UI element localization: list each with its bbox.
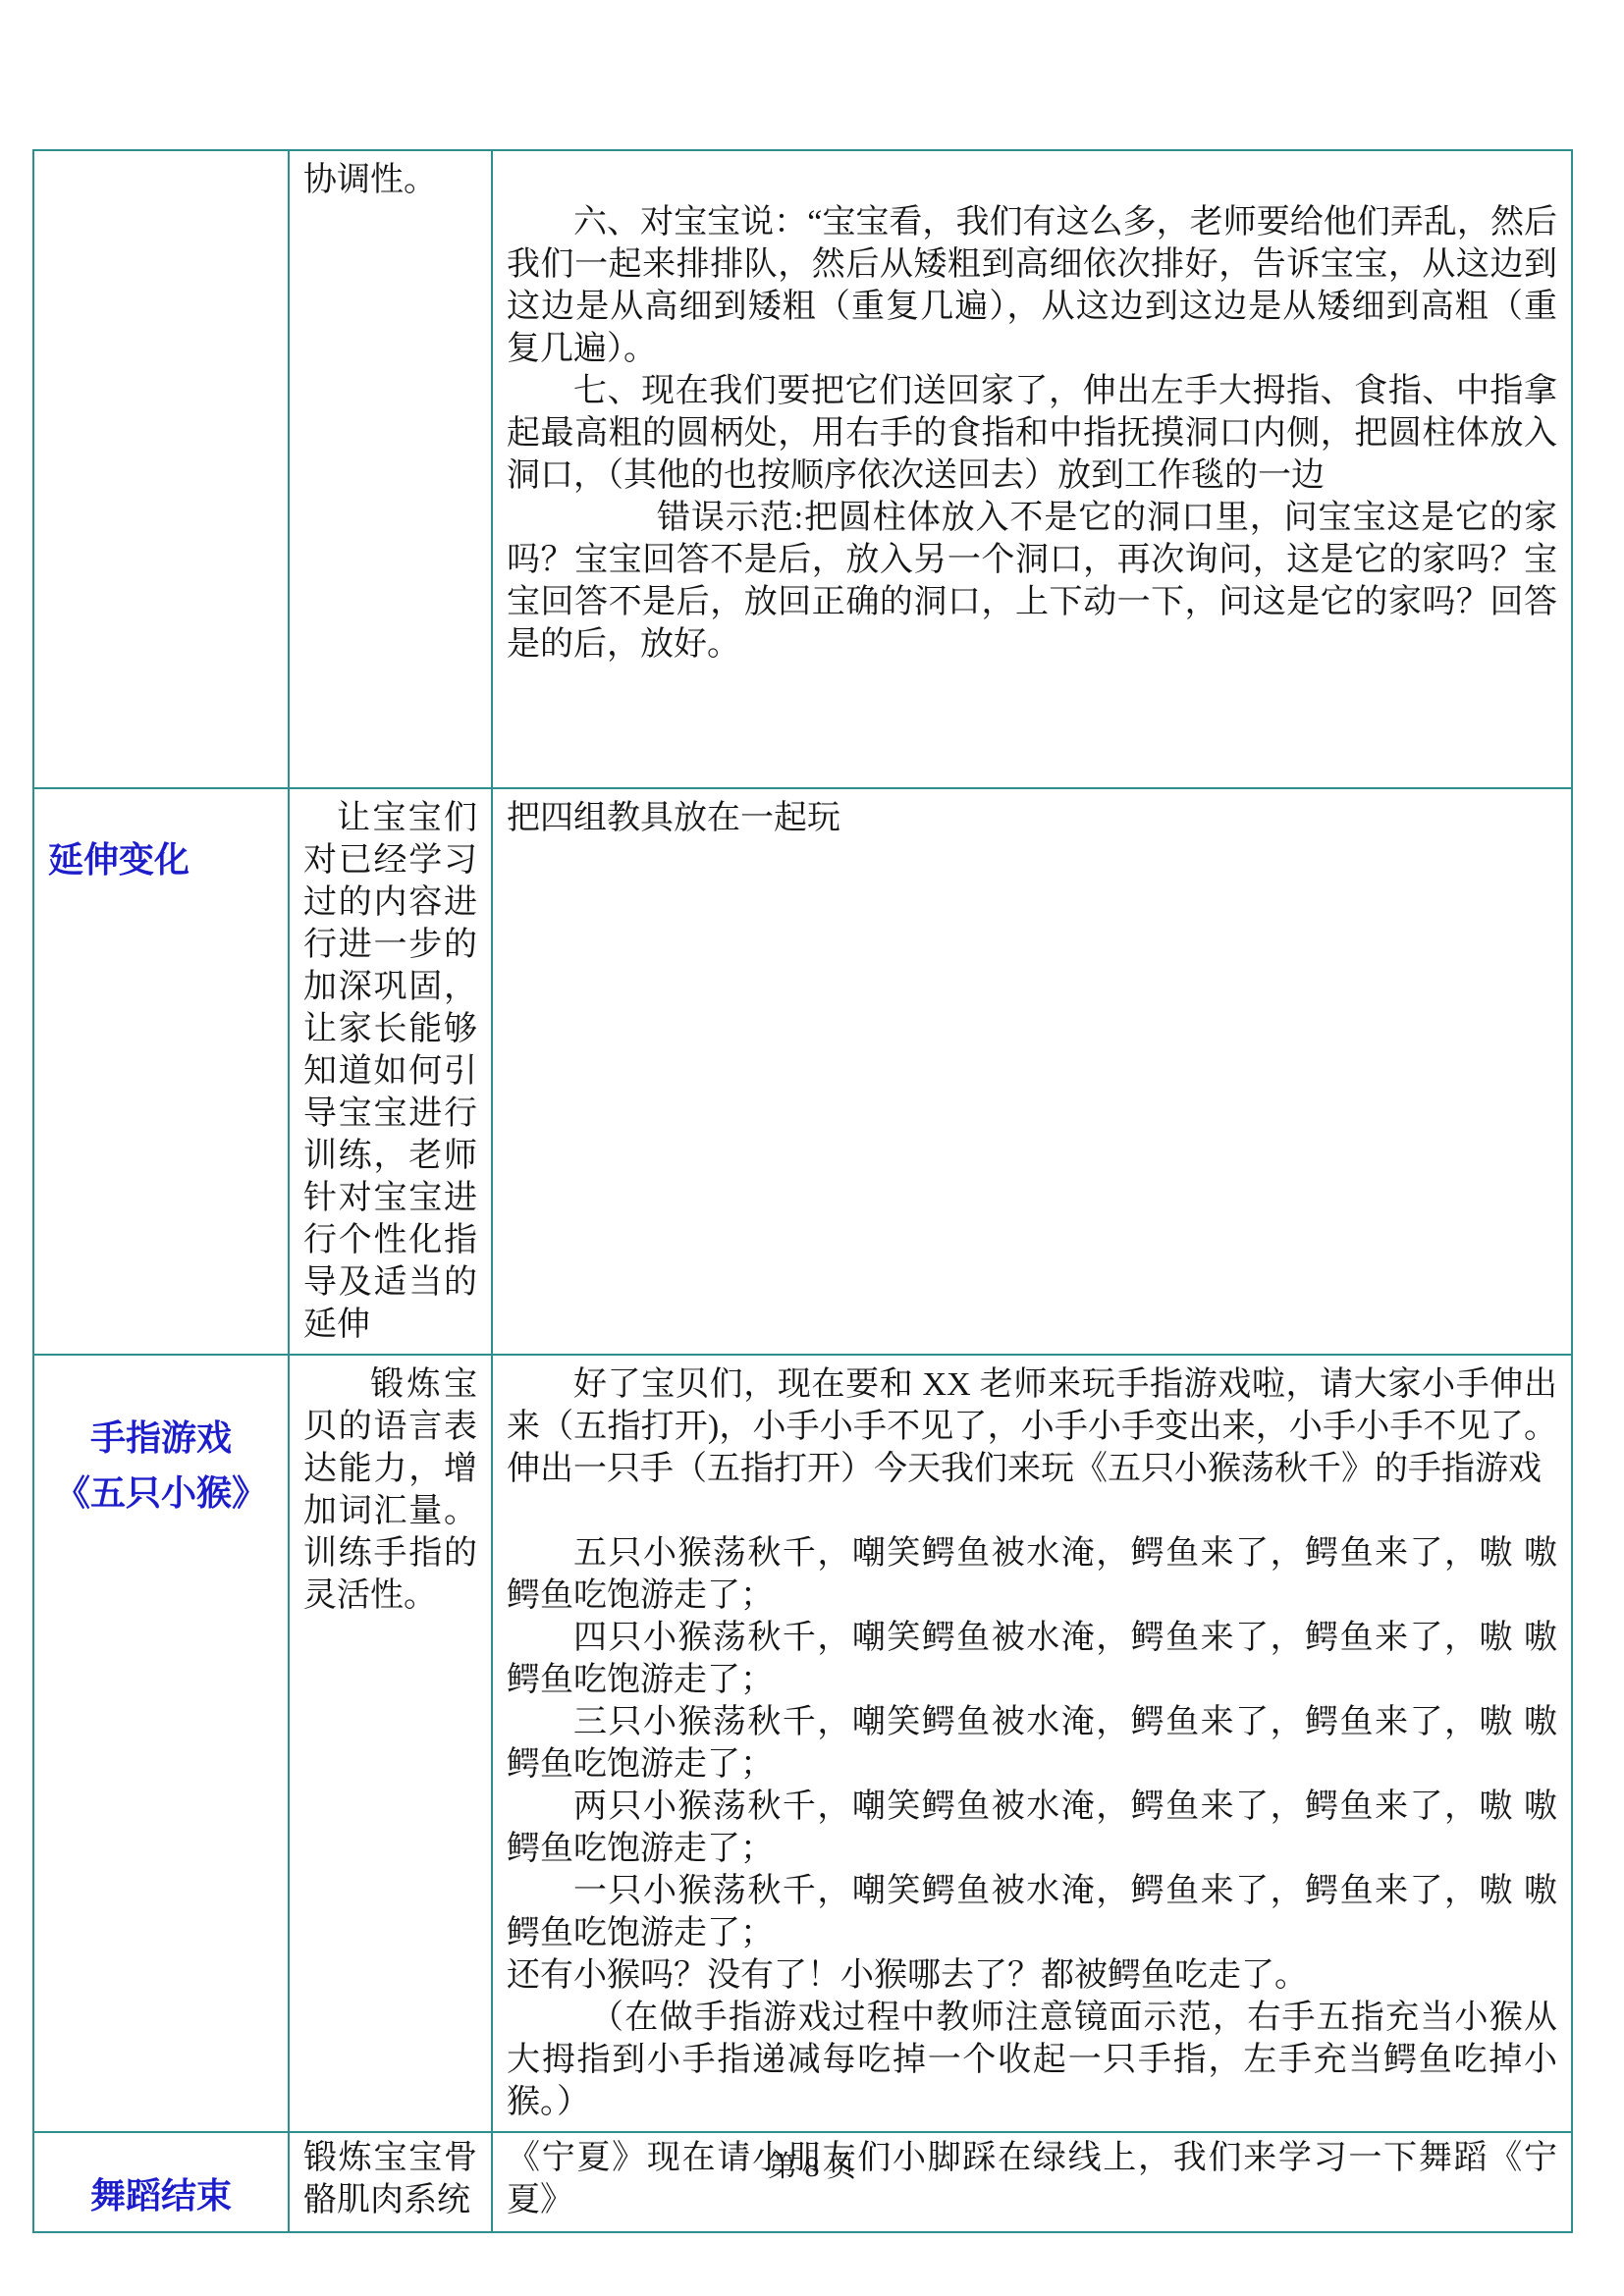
table-row-extension: 延伸变化 让宝宝们对已经学习过的内容进行进一步的加深巩固，让家长能够知道如何引导… — [33, 788, 1572, 1355]
content-paragraph: 还有小猴吗？没有了！小猴哪去了？都被鳄鱼吃走了。 — [507, 1954, 1557, 1997]
table-row-activity-continued: 协调性。 六、对宝宝说：“宝宝看，我们有这么多，老师要给他们弄乱，然后我们一起来… — [33, 150, 1572, 788]
content-paragraph: 一只小猴荡秋千，嘲笑鳄鱼被水淹，鳄鱼来了，鳄鱼来了，嗷 嗷 鳄鱼吃饱游走了； — [507, 1870, 1557, 1954]
content-paragraph: 四只小猴荡秋千，嘲笑鳄鱼被水淹，鳄鱼来了，鳄鱼来了，嗷 嗷 鳄鱼吃饱游走了； — [507, 1617, 1557, 1701]
content-paragraph: 两只小猴荡秋千，嘲笑鳄鱼被水淹，鳄鱼来了，鳄鱼来了，嗷 嗷 鳄鱼吃饱游走了； — [507, 1786, 1557, 1870]
content-paragraph: 五只小猴荡秋千，嘲笑鳄鱼被水淹，鳄鱼来了，鳄鱼来了，嗷 嗷 鳄鱼吃饱游走了； — [507, 1532, 1557, 1617]
purpose-paragraph: 协调性。 — [303, 159, 477, 201]
document-page: { "colors":{ "border":"#2F8E8E", "label_… — [0, 0, 1624, 2296]
content-paragraph: 七、现在我们要把它们送回家了，伸出左手大拇指、食指、中指拿起最高粗的圆柄处，用右… — [507, 370, 1557, 497]
content-paragraph: 错误示范:把圆柱体放入不是它的洞口里，问宝宝这是它的家吗？宝宝回答不是后，放入另… — [507, 497, 1557, 666]
row-label-line: 延伸变化 — [48, 832, 274, 887]
content-cell: 把四组教具放在一起玩 — [492, 788, 1572, 1355]
purpose-cell: 协调性。 — [289, 150, 492, 788]
content-cell: 六、对宝宝说：“宝宝看，我们有这么多，老师要给他们弄乱，然后我们一起来排排队，然… — [492, 150, 1572, 788]
content-paragraph — [507, 1490, 1557, 1532]
content-paragraph: 好了宝贝们，现在要和 XX 老师来玩手指游戏啦，请大家小手伸出来（五指打开)，小… — [507, 1363, 1557, 1490]
purpose-cell: 让宝宝们对已经学习过的内容进行进一步的加深巩固，让家长能够知道如何引导宝宝进行训… — [289, 788, 492, 1355]
content-cell: 好了宝贝们，现在要和 XX 老师来玩手指游戏啦，请大家小手伸出来（五指打开)，小… — [492, 1355, 1572, 2132]
table-row-finger-game: 手指游戏《五只小猴》 锻炼宝贝的语言表达能力，增加词汇量。训练手指的灵活性。 好… — [33, 1355, 1572, 2132]
content-paragraph: 三只小猴荡秋千，嘲笑鳄鱼被水淹，鳄鱼来了，鳄鱼来了，嗷 嗷 鳄鱼吃饱游走了； — [507, 1701, 1557, 1786]
row-label-cell: 手指游戏《五只小猴》 — [33, 1355, 289, 2132]
content-paragraph: 把四组教具放在一起玩 — [507, 797, 1557, 839]
purpose-cell: 锻炼宝贝的语言表达能力，增加词汇量。训练手指的灵活性。 — [289, 1355, 492, 2132]
lesson-plan-table: 协调性。 六、对宝宝说：“宝宝看，我们有这么多，老师要给他们弄乱，然后我们一起来… — [32, 149, 1573, 2233]
content-paragraph: （在做手指游戏过程中教师注意镜面示范，右手五指充当小猴从大拇指到小手指递减每吃掉… — [507, 1997, 1557, 2123]
row-label: 延伸变化 — [48, 832, 274, 887]
purpose-paragraph: 锻炼宝贝的语言表达能力，增加词汇量。训练手指的灵活性。 — [303, 1363, 477, 1617]
page-number: 第 8 页 — [0, 2148, 1624, 2187]
row-label-cell — [33, 150, 289, 788]
purpose-paragraph: 让宝宝们对已经学习过的内容进行进一步的加深巩固，让家长能够知道如何引导宝宝进行训… — [303, 797, 477, 1346]
content-paragraph: 六、对宝宝说：“宝宝看，我们有这么多，老师要给他们弄乱，然后我们一起来排排队，然… — [507, 201, 1557, 370]
content-paragraph — [507, 159, 1557, 201]
row-label-line: 《五只小猴》 — [48, 1466, 274, 1521]
row-label: 手指游戏《五只小猴》 — [48, 1411, 274, 1521]
row-label-cell: 延伸变化 — [33, 788, 289, 1355]
row-label-line: 手指游戏 — [48, 1411, 274, 1466]
